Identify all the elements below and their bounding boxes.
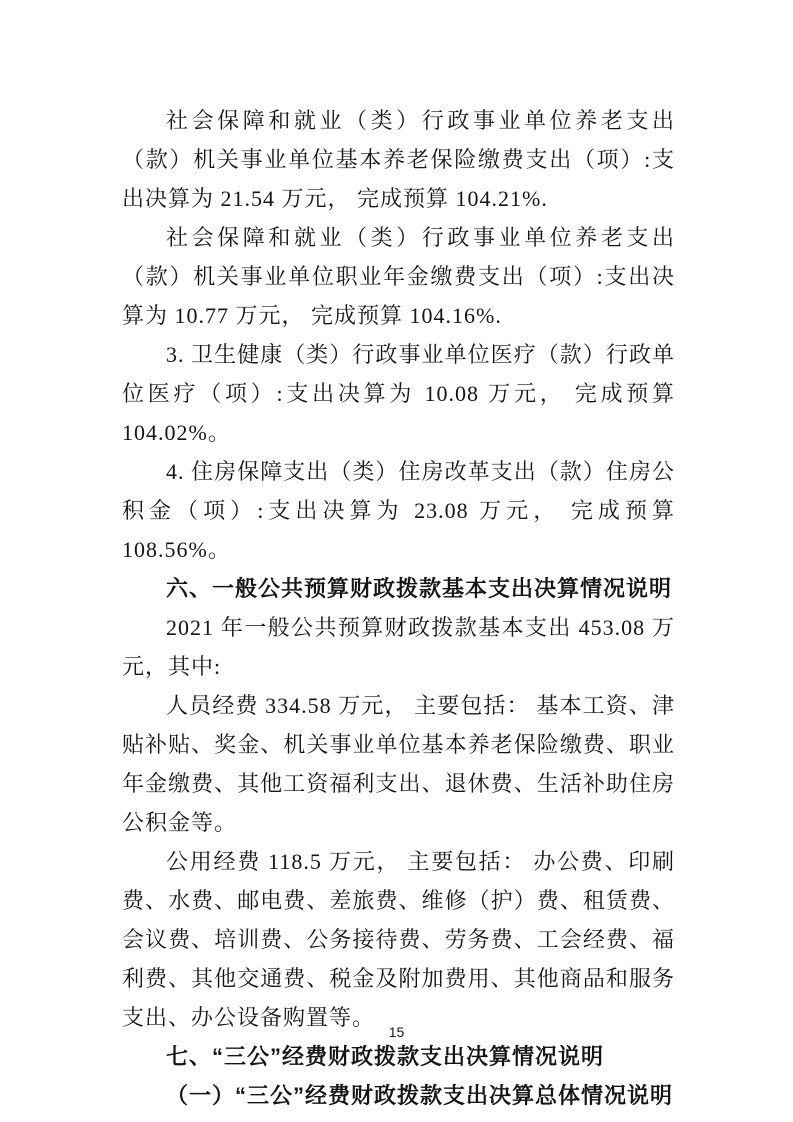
heading-section-7-1: （一）“三公”经费财政拨款支出决算总体情况说明 <box>122 1076 675 1115</box>
paragraph-health-medical: 3. 卫生健康（类）行政事业单位医疗（款）行政单位医疗（项）:支出决算为 10.… <box>122 335 675 452</box>
paragraph-pension-annuity-contribution: 社会保障和就业（类）行政事业单位养老支出（款）机关事业单位职业年金缴费支出（项）… <box>122 218 675 335</box>
paragraph-personnel-expenses: 人员经费 334.58 万元， 主要包括： 基本工资、津贴补贴、奖金、机关事业单… <box>122 686 675 842</box>
paragraph-housing-fund: 4. 住房保障支出（类）住房改革支出（款）住房公积金（项）:支出决算为 23.0… <box>122 452 675 569</box>
paragraph-pension-basic-contribution: 社会保障和就业（类）行政事业单位养老支出（款）机关事业单位基本养老保险缴费支出（… <box>122 101 675 218</box>
heading-section-7: 七、“三公”经费财政拨款支出决算情况说明 <box>122 1037 675 1076</box>
heading-section-6: 六、一般公共预算财政拨款基本支出决算情况说明 <box>122 569 675 608</box>
paragraph-basic-expenditure-total: 2021 年一般公共预算财政拨款基本支出 453.08 万元，其中: <box>122 608 675 686</box>
page-body: 社会保障和就业（类）行政事业单位养老支出（款）机关事业单位基本养老保险缴费支出（… <box>122 101 675 1115</box>
page-number: 15 <box>0 1024 793 1040</box>
document-page: 社会保障和就业（类）行政事业单位养老支出（款）机关事业单位基本养老保险缴费支出（… <box>0 0 793 1122</box>
paragraph-public-expenses: 公用经费 118.5 万元， 主要包括： 办公费、印刷费、水费、邮电费、差旅费、… <box>122 842 675 1037</box>
